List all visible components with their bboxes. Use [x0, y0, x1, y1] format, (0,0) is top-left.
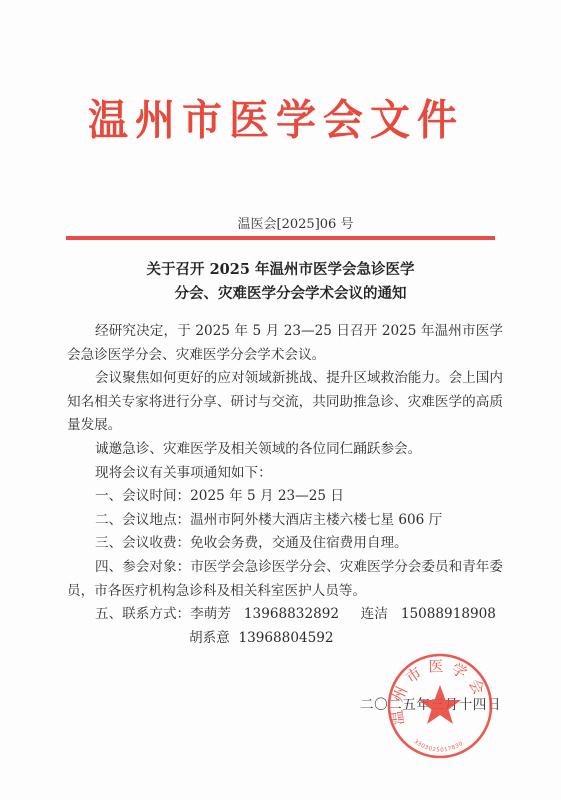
subject-line-2: 分会、灾难医学分会学术会议的通知	[0, 282, 561, 306]
notice-body: 经研究决定，于 2025 年 5 月 23—25 日召开 2025 年温州市医学…	[67, 320, 503, 650]
contact-phone: 15088918908	[401, 606, 496, 622]
contact-name: 连洁	[361, 606, 388, 622]
contact-name: 李萌芳	[190, 606, 231, 622]
item-meeting-fee: 三、会议收费：免收会务费，交通及住宿费用自理。	[67, 532, 503, 556]
document-header-title: 温州市医学会文件	[88, 91, 478, 152]
item-contact: 五、联系方式：李萌芳 13968832892 连洁 15088918908	[67, 603, 503, 627]
document-page: 温州市医学会文件 温医会[2025]06 号 关于召开 2025 年温州市医学会…	[0, 0, 561, 800]
body-paragraph: 经研究决定，于 2025 年 5 月 23—25 日召开 2025 年温州市医学…	[67, 320, 503, 367]
item-meeting-venue: 二、会议地点：温州市阿外楼大酒店主楼六楼七星 606 厅	[67, 509, 503, 533]
body-paragraph: 诚邀急诊、灾难医学及相关领域的各位同仁踊跃参会。	[67, 438, 503, 462]
body-paragraph: 会议聚焦如何更好的应对领域新挑战、提升区域救治能力。会上国内知名相关专家将进行分…	[67, 367, 503, 438]
item-contact-continued: 胡系意 13968804592	[67, 627, 503, 651]
red-divider-rule	[66, 236, 495, 240]
body-paragraph: 现将会议有关事项通知如下：	[67, 462, 503, 486]
item-meeting-time: 一、会议时间：2025 年 5 月 23—25 日	[67, 485, 503, 509]
official-seal-stamp-icon: 温州市医学会 3303025017830	[386, 652, 494, 760]
contact-name: 胡系意	[189, 630, 230, 646]
notice-subject: 关于召开 2025 年温州市医学会急诊医学 分会、灾难医学分会学术会议的通知	[0, 258, 561, 306]
star-icon	[419, 685, 461, 724]
subject-line-1: 关于召开 2025 年温州市医学会急诊医学	[0, 258, 561, 282]
svg-text:3303025017830: 3303025017830	[413, 739, 465, 754]
contact-phone: 13968804592	[238, 630, 333, 646]
item-attendees: 四、参会对象：市医学会急诊医学分会、灾难医学分会委员和青年委员，市各医疗机构急诊…	[67, 556, 503, 603]
contact-phone: 13968832892	[244, 606, 339, 622]
document-number: 温医会[2025]06 号	[0, 213, 561, 232]
contact-label: 五、联系方式：	[95, 606, 190, 622]
